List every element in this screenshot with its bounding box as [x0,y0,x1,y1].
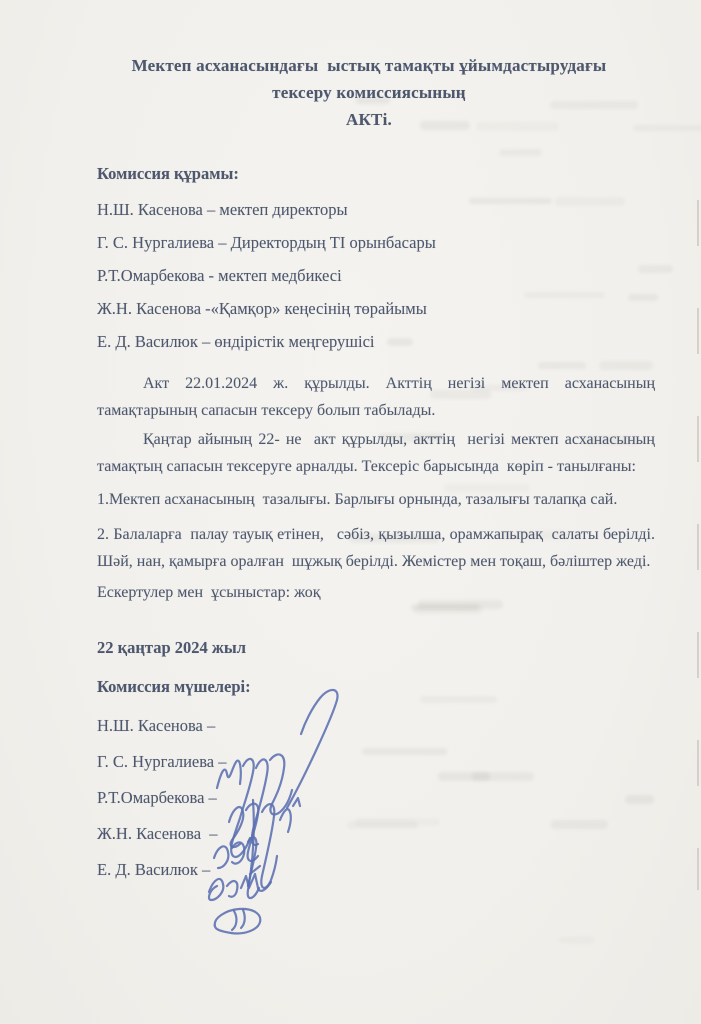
scanned-document-page: Мектеп асханасындағы ыстық тамақты ұйымд… [0,0,701,1024]
title-line-1: Мектеп асханасындағы ыстық тамақты ұйымд… [97,52,641,79]
signature-label-omarbekova: Р.Т.Омарбекова – [97,780,655,816]
signers-heading: Комиссия мүшелері: [97,676,655,698]
signature-label-kasenova-nsh: Н.Ш. Касенова – [97,708,655,744]
document-title: Мектеп асханасындағы ыстық тамақты ұйымд… [97,52,655,133]
member-item: Н.Ш. Касенова – мектеп директоры [97,193,655,226]
date-line: 22 қаңтар 2024 жыл [97,636,655,660]
commission-member-list: Н.Ш. Касенова – мектеп директоры Г. С. Н… [97,193,655,358]
signature-label-nurgalieva: Г. С. Нургалиева – [97,744,655,780]
member-item: Р.Т.Омарбекова - мектеп медбикесі [97,259,655,292]
act-paragraph-1: Акт 22.01.2024 ж. құрылды. Акттің негізі… [97,370,655,424]
member-item: Ж.Н. Касенова -«Қамқор» кеңесінің төрайы… [97,292,655,325]
signature-label-kasenova-zhn: Ж.Н. Касенова – [97,816,655,852]
commission-heading: Комиссия құрамы: [97,163,655,185]
document-content: Мектеп асханасындағы ыстық тамақты ұйымд… [0,52,701,888]
bleed-blob [559,937,594,944]
title-line-3: АКТі. [97,106,641,133]
title-line-2: тексеру комиссиясының [97,79,641,106]
signature-block: Н.Ш. Касенова – Г. С. Нургалиева – Р.Т.О… [97,708,655,888]
signature-label-vasilyuk: Е. Д. Василюк – [97,852,655,888]
remarks-line: Ескертулер мен ұсыныстар: жоқ [97,579,655,606]
signature-vasilyuk [215,909,261,934]
act-paragraph-2: Қаңтар айының 22- не акт құрылды, акттің… [97,426,655,480]
finding-item-2: 2. Балаларға палау тауық етінен, сәбіз, … [97,521,655,575]
finding-item-1: 1.Мектеп асханасының тазалығы. Барлығы о… [97,486,655,513]
member-item: Г. С. Нургалиева – Директордың ТІ орынба… [97,226,655,259]
member-item: Е. Д. Василюк – өндірістік меңгерушісі [97,325,655,358]
